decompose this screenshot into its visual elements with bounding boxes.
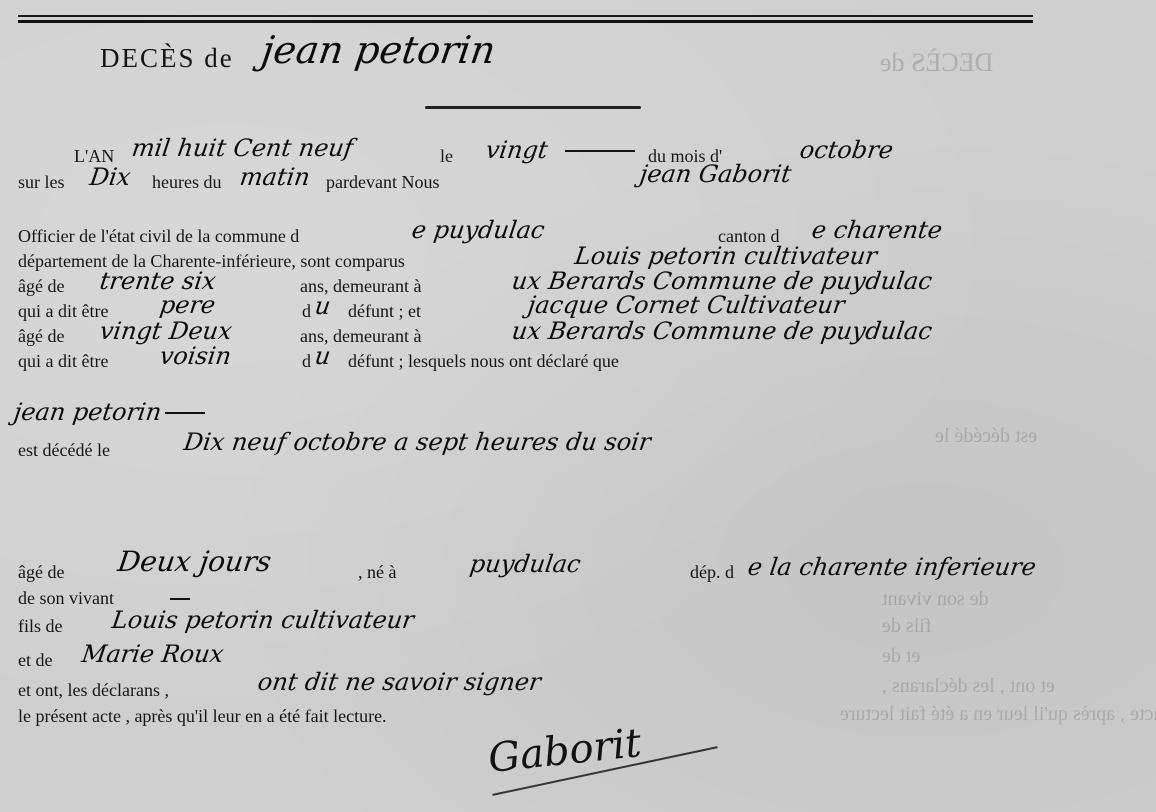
- dep-label: dép. d: [690, 562, 734, 582]
- qui-dit-label-1: qui a dit être: [18, 301, 108, 321]
- bleed-through-son-vivant: de son vivant: [882, 588, 989, 611]
- bleed-through-et-ont: et ont , les déclarans ,: [882, 675, 1055, 698]
- ne-a-label: , né à: [358, 562, 396, 582]
- day-handwritten: vingt: [484, 138, 549, 162]
- du-label-2: d: [302, 351, 311, 371]
- bleed-through-est-decede: est décédé le: [935, 425, 1037, 448]
- top-double-rule: [18, 15, 1033, 17]
- relation-witness1-handwritten: pere: [158, 293, 217, 317]
- dep-handwritten: e la charente inferieure: [746, 555, 1037, 579]
- age-witness1-handwritten: trente six: [98, 269, 217, 293]
- year-handwritten: mil huit Cent neuf: [130, 136, 354, 160]
- et-de-label: et de: [18, 650, 52, 670]
- bleed-through-present: le présent acte , après qu'il leur en a …: [840, 703, 1156, 726]
- du-label-1: d: [302, 301, 311, 321]
- commune-handwritten: e puydulac: [410, 218, 546, 242]
- sur-les-label: sur les: [18, 172, 65, 192]
- fils-de-label: fils de: [18, 616, 63, 636]
- deceased-name-handwritten: jean petorin: [12, 400, 163, 424]
- officier-label: Officier de l'état civil de la commune d: [18, 226, 299, 246]
- bleed-through-et-de: et de: [882, 645, 920, 668]
- title-underline: [425, 106, 641, 109]
- age-witness2-handwritten: vingt Deux: [98, 319, 233, 343]
- qui-dit-label-2: qui a dit être: [18, 351, 108, 371]
- age-label-deceased: âgé de: [18, 562, 64, 582]
- pardevant-label: pardevant Nous: [326, 172, 439, 192]
- relation-witness2-handwritten: voisin: [158, 344, 233, 368]
- hour-handwritten: Dix: [88, 165, 132, 189]
- defunt-lesquels-label: défunt ; lesquels nous ont déclaré que: [348, 351, 619, 371]
- officer-handwritten: jean Gaborit: [638, 162, 792, 186]
- mother-handwritten: Marie Roux: [80, 642, 225, 666]
- top-double-rule-lower: [18, 20, 1033, 23]
- period-handwritten: matin: [238, 165, 311, 189]
- fill-dash: [165, 412, 205, 414]
- du-handwritten-1: u: [313, 294, 332, 318]
- witness2-handwritten: jacque Cornet Cultivateur: [526, 293, 846, 317]
- et-ont-label: et ont, les déclarans ,: [18, 680, 169, 700]
- declarants-handwritten: ont dit ne savoir signer: [256, 670, 542, 694]
- residence-witness2-handwritten: ux Berards Commune de puydulac: [510, 319, 933, 343]
- bleed-through-fils: fils de: [882, 615, 931, 638]
- bleed-through-title: DECÈS de: [880, 48, 993, 78]
- present-acte-label: le présent acte , après qu'il leur en a …: [18, 706, 387, 726]
- officer-signature: Gaborit: [486, 720, 643, 782]
- fill-dash: [565, 150, 635, 152]
- le-label: le: [440, 146, 453, 166]
- father-handwritten: Louis petorin cultivateur: [110, 608, 415, 632]
- age-deceased-handwritten: Deux jours: [116, 550, 272, 574]
- title-deceased-name: jean petorin: [260, 38, 497, 62]
- age-label-witness2: âgé de: [18, 326, 64, 346]
- witness1-handwritten: Louis petorin cultivateur: [573, 244, 878, 268]
- son-vivant-label: de son vivant: [18, 588, 114, 608]
- est-decede-label: est décédé le: [18, 440, 110, 460]
- month-handwritten: octobre: [798, 138, 894, 162]
- birthplace-handwritten: puydulac: [468, 552, 582, 576]
- death-date-handwritten: Dix neuf octobre a sept heures du soir: [182, 430, 652, 454]
- residence-witness1-handwritten: ux Berards Commune de puydulac: [510, 269, 933, 293]
- canton-handwritten: e charente: [810, 218, 943, 242]
- fill-dash: [170, 598, 190, 600]
- heures-du-label: heures du: [152, 172, 221, 192]
- title-printed: DECÈS de: [100, 48, 234, 68]
- defunt-et-label: défunt ; et: [348, 301, 421, 321]
- du-handwritten-2: u: [313, 344, 332, 368]
- age-label-witness1: âgé de: [18, 276, 64, 296]
